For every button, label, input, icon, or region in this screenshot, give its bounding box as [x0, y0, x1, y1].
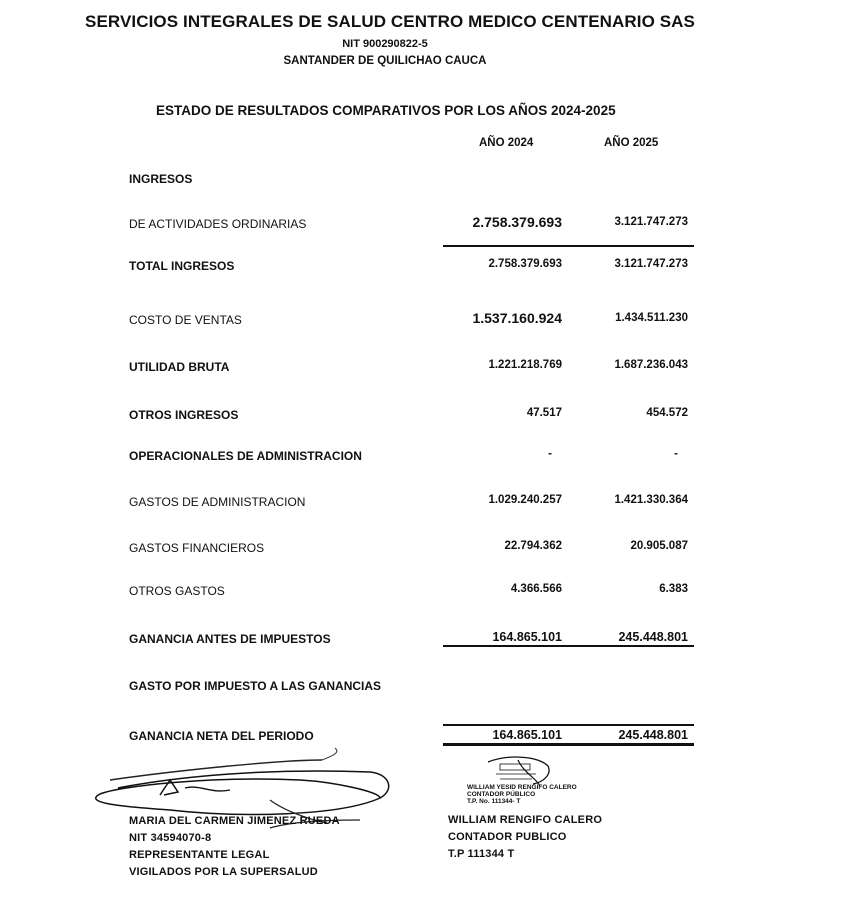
company-name: SERVICIOS INTEGRALES DE SALUD CENTRO MED…: [0, 12, 780, 32]
accountant-tp: T.P 111344 T: [448, 848, 514, 860]
total-rule: [443, 645, 694, 647]
supervision-note: VIGILADOS POR LA SUPERSALUD: [129, 866, 318, 878]
net-bottom-rule: [443, 743, 694, 746]
value-2025: 1.434.511.230: [528, 312, 688, 324]
value-2025: 245.448.801: [528, 630, 688, 644]
value-2025: -: [528, 448, 678, 460]
value-2025: 3.121.747.273: [528, 258, 688, 270]
row-label-gastos-administracion: GASTOS DE ADMINISTRACION: [129, 495, 305, 509]
row-label-ganancia-antes-impuestos: GANANCIA ANTES DE IMPUESTOS: [129, 632, 331, 646]
row-label-otros-gastos: OTROS GASTOS: [129, 584, 225, 598]
value-2025: 454.572: [528, 407, 688, 419]
row-label-gastos-financieros: GASTOS FINANCIEROS: [129, 541, 264, 555]
value-2025: 6.383: [528, 583, 688, 595]
row-label-ingresos: INGRESOS: [129, 172, 192, 186]
legal-rep-name: MARIA DEL CARMEN JIMENEZ RUEDA: [129, 815, 340, 827]
row-label-actividades-ordinarias: DE ACTIVIDADES ORDINARIAS: [129, 217, 306, 231]
subtotal-rule: [443, 245, 694, 247]
row-label-otros-ingresos: OTROS INGRESOS: [129, 408, 238, 422]
value-2025: 1.687.236.043: [528, 359, 688, 371]
report-title: ESTADO DE RESULTADOS COMPARATIVOS POR LO…: [156, 103, 616, 118]
value-2025: 1.421.330.364: [528, 494, 688, 506]
row-label-total-ingresos: TOTAL INGRESOS: [129, 259, 234, 273]
column-header-2025: AÑO 2025: [604, 137, 658, 149]
value-2025: 3.121.747.273: [528, 216, 688, 228]
legal-rep-id: NIT 34594070-8: [129, 832, 211, 844]
legal-rep-role: REPRESENTANTE LEGAL: [129, 849, 270, 861]
row-label-utilidad-bruta: UTILIDAD BRUTA: [129, 360, 229, 374]
row-label-operacionales-administracion: OPERACIONALES DE ADMINISTRACION: [129, 449, 362, 463]
company-nit: NIT 900290822-5: [0, 38, 770, 50]
company-city: SANTANDER DE QUILICHAO CAUCA: [0, 55, 770, 67]
accountant-stamp-icon: [478, 752, 558, 788]
stamp-line-tp: T.P. No. 111344- T: [467, 798, 520, 806]
value-2025: 245.448.801: [528, 728, 688, 742]
accountant-name: WILLIAM RENGIFO CALERO: [448, 814, 602, 826]
accountant-role: CONTADOR PUBLICO: [448, 831, 567, 843]
row-label-costo-ventas: COSTO DE VENTAS: [129, 313, 242, 327]
column-header-2024: AÑO 2024: [479, 137, 533, 149]
row-label-gasto-impuesto: GASTO POR IMPUESTO A LAS GANANCIAS: [129, 679, 381, 693]
value-2025: 20.905.087: [528, 540, 688, 552]
net-top-rule: [443, 724, 694, 726]
